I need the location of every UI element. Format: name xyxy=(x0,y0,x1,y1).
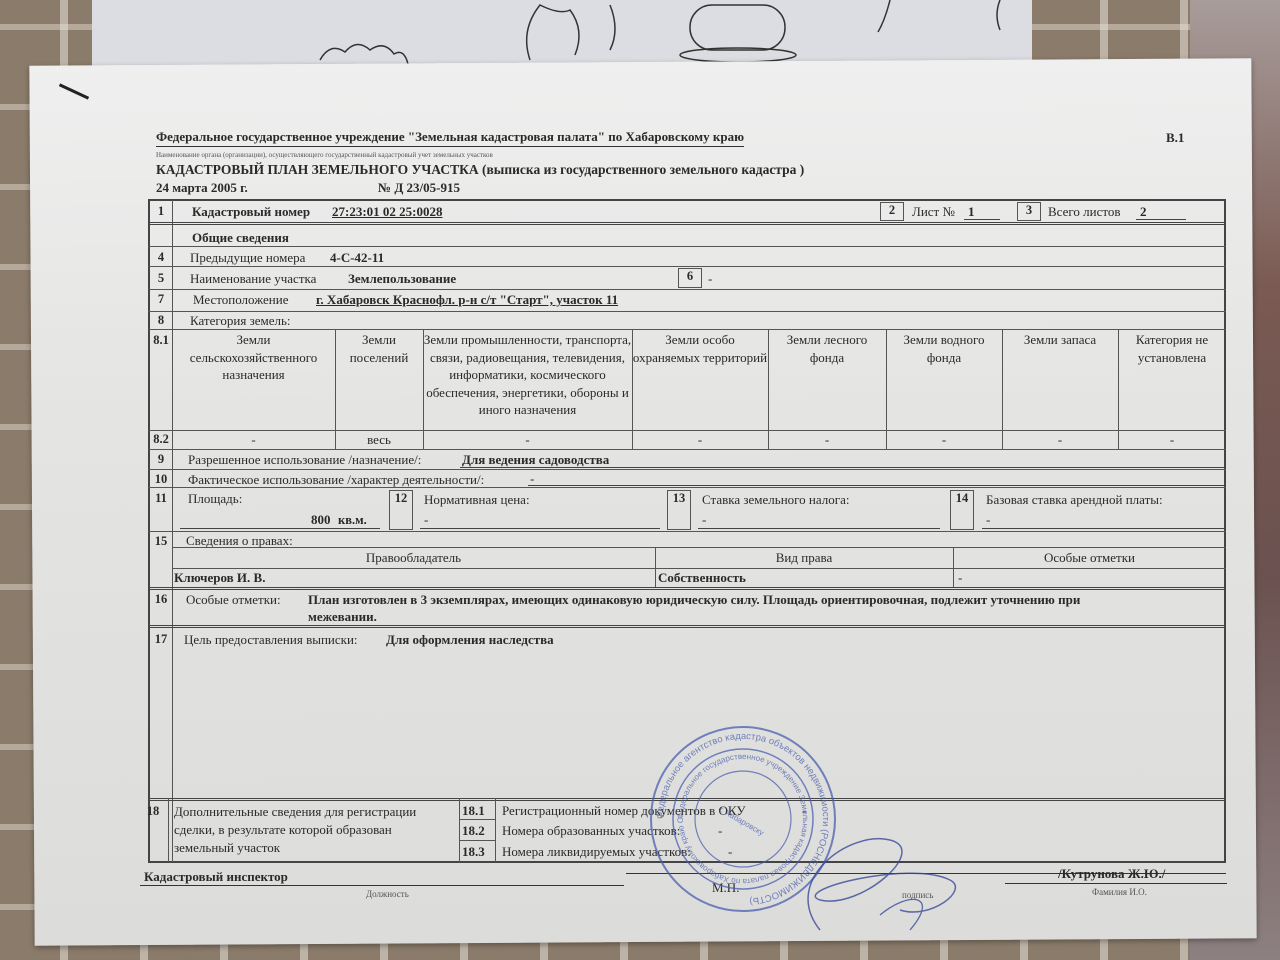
permitted-use-value: Для ведения садоводства xyxy=(462,452,609,468)
land-category-header: Земли запаса xyxy=(1002,331,1118,349)
row-divider xyxy=(148,449,1226,450)
normative-price-label: Нормативная цена: xyxy=(424,492,530,508)
document-date: 24 марта 2005 г. xyxy=(156,180,248,196)
underline xyxy=(982,528,1226,529)
position-caption: Должность xyxy=(366,889,409,899)
underline xyxy=(528,485,1226,486)
land-category-header: Земли сельскохозяйственного назначения xyxy=(172,331,335,384)
land-category-header: Земли лесного фонда xyxy=(768,331,886,366)
row-divider xyxy=(148,625,1226,628)
additional-info-line1: Дополнительные сведения для регистрации xyxy=(174,804,416,820)
row-divider xyxy=(148,266,1226,267)
additional-info-line2: сделки, в результате которой образован xyxy=(174,822,392,838)
row-number-8: 8 xyxy=(150,313,172,328)
row-number-7: 7 xyxy=(150,292,172,307)
row-divider xyxy=(459,840,495,841)
row-number-5: 5 xyxy=(150,271,172,286)
row-number-11: 11 xyxy=(150,491,172,506)
col-divider xyxy=(423,329,424,449)
svg-text:г. Хабаровску: г. Хабаровску xyxy=(718,805,766,838)
area-label: Площадь: xyxy=(188,491,242,507)
col-divider xyxy=(1118,329,1119,449)
land-category-value: - xyxy=(172,432,335,448)
col-divider xyxy=(632,329,633,449)
row-divider xyxy=(148,311,1226,312)
row-number-10: 10 xyxy=(150,472,172,487)
row-number-18-2: 18.2 xyxy=(462,823,485,839)
underline xyxy=(460,467,1226,468)
inspector-name: /Кутрунова Ж.Ю./ xyxy=(1058,866,1165,882)
row-number-8-1: 8.1 xyxy=(149,333,173,348)
row-number-14-box: 14 xyxy=(950,490,974,530)
rights-holder: Ключеров И. В. xyxy=(174,570,265,586)
land-category-value: - xyxy=(1002,432,1118,448)
underline xyxy=(1136,219,1186,220)
rights-notes: - xyxy=(958,570,962,586)
total-sheets-value: 2 xyxy=(1140,204,1147,220)
row-divider xyxy=(172,547,1226,548)
row-number-9: 9 xyxy=(150,452,172,467)
col-divider xyxy=(886,329,887,449)
row-number-1: 1 xyxy=(150,204,172,219)
general-info-heading: Общие сведения xyxy=(192,230,289,246)
col-divider xyxy=(335,329,336,449)
land-category-value: - xyxy=(1118,432,1226,448)
rights-header-holder: Правообладатель xyxy=(172,550,655,566)
rights-header-type: Вид права xyxy=(655,550,953,566)
form-code: В.1 xyxy=(1166,130,1184,146)
rights-label: Сведения о правах: xyxy=(186,533,293,549)
row-number-16: 16 xyxy=(150,592,172,607)
handwritten-signature xyxy=(760,820,980,940)
underline xyxy=(964,219,1000,220)
sheet-number-label: Лист № xyxy=(912,204,955,220)
land-category-value: - xyxy=(768,432,886,448)
row-number-18-1: 18.1 xyxy=(462,803,485,819)
col-divider xyxy=(768,329,769,449)
area-unit: кв.м. xyxy=(338,513,367,528)
land-category-value: - xyxy=(632,432,768,448)
sheet-number-value: 1 xyxy=(968,204,975,220)
land-category-header: Земли поселений xyxy=(335,331,423,366)
parcel-name-label: Наименование участка xyxy=(190,271,316,287)
extract-purpose-value: Для оформления наследства xyxy=(386,632,554,648)
extract-purpose-label: Цель предоставления выписки: xyxy=(184,632,358,648)
row-number-2-box: 2 xyxy=(880,202,904,221)
permitted-use-label: Разрешенное использование /назначение/: xyxy=(188,452,421,468)
row-number-12-box: 12 xyxy=(389,490,413,530)
rights-type: Собственность xyxy=(658,570,746,586)
row-number-18: 18 xyxy=(142,804,164,819)
land-category-value: - xyxy=(886,432,1002,448)
row-6-value: - xyxy=(708,271,712,287)
organization-caption: Наименование органа (организации), осуще… xyxy=(156,151,493,159)
document-number: № Д 23/05-915 xyxy=(378,180,460,196)
position-line xyxy=(140,885,624,886)
row-divider xyxy=(148,289,1226,290)
row-divider xyxy=(148,430,1226,431)
row-number-3-box: 3 xyxy=(1017,202,1041,221)
land-category-header: Земли промышленности, транспорта, связи,… xyxy=(423,331,632,419)
land-tax-value: - xyxy=(702,512,706,528)
land-category-label: Категория земель: xyxy=(190,313,291,329)
col-divider xyxy=(168,798,169,862)
land-tax-label: Ставка земельного налога: xyxy=(702,492,849,508)
row-divider xyxy=(148,531,1226,532)
row-divider xyxy=(148,222,1226,225)
location-label: Местоположение xyxy=(193,292,288,308)
parcel-name-value: Землепользование xyxy=(348,271,456,287)
name-line xyxy=(1005,883,1227,884)
special-notes-line2: межевании. xyxy=(308,609,377,625)
land-category-header: Земли водного фонда xyxy=(886,331,1002,366)
actual-use-label: Фактическое использование /характер деят… xyxy=(188,472,484,488)
row-number-18-3: 18.3 xyxy=(462,844,485,860)
row-divider xyxy=(148,587,1226,590)
col-divider xyxy=(459,798,460,862)
previous-numbers-value: 4-С-42-11 xyxy=(330,250,384,266)
underline xyxy=(420,528,660,529)
row-divider xyxy=(148,246,1226,247)
special-notes-label: Особые отметки: xyxy=(186,592,281,608)
row-divider xyxy=(148,329,1226,330)
row-divider xyxy=(172,568,1226,569)
organization-name: Федеральное государственное учреждение "… xyxy=(156,129,744,147)
location-value: г. Хабаровск Краснофл. р-н с/т "Старт", … xyxy=(316,292,618,308)
inspector-position: Кадастровый инспектор xyxy=(144,869,288,885)
row-number-6-box: 6 xyxy=(678,268,702,288)
col-divider xyxy=(495,798,496,862)
area-value: 800 xyxy=(311,512,331,528)
cadastral-number-value: 27:23:01 02 25:0028 xyxy=(332,204,443,220)
base-rent-label: Базовая ставка арендной платы: xyxy=(986,492,1163,508)
name-caption: Фамилия И.О. xyxy=(1092,887,1147,897)
special-notes-line1: План изготовлен в 3 экземплярах, имеющих… xyxy=(308,592,1080,608)
total-sheets-label: Всего листов xyxy=(1048,204,1121,220)
row-number-4: 4 xyxy=(150,250,172,265)
row-divider xyxy=(148,469,1226,470)
col-divider xyxy=(1002,329,1003,449)
underline xyxy=(180,528,380,529)
land-category-value: - xyxy=(423,432,632,448)
cadastral-number-label: Кадастровый номер xyxy=(192,204,310,220)
row-number-13-box: 13 xyxy=(667,490,691,530)
row-divider xyxy=(459,819,495,820)
land-category-value: весь xyxy=(335,432,423,448)
row-number-8-2: 8.2 xyxy=(149,432,173,447)
land-category-header: Категория не установлена xyxy=(1118,331,1226,366)
normative-price-value: - xyxy=(424,512,428,528)
previous-numbers-label: Предыдущие номера xyxy=(190,250,305,266)
rights-header-notes: Особые отметки xyxy=(953,550,1226,566)
document-title: КАДАСТРОВЫЙ ПЛАН ЗЕМЕЛЬНОГО УЧАСТКА (вып… xyxy=(156,162,804,178)
row-number-17: 17 xyxy=(150,632,172,647)
base-rent-value: - xyxy=(986,512,990,528)
underline xyxy=(698,528,940,529)
additional-info-line3: земельный участок xyxy=(174,840,280,856)
row-number-15: 15 xyxy=(150,534,172,549)
land-category-header: Земли особо охраняемых территорий xyxy=(632,331,768,366)
